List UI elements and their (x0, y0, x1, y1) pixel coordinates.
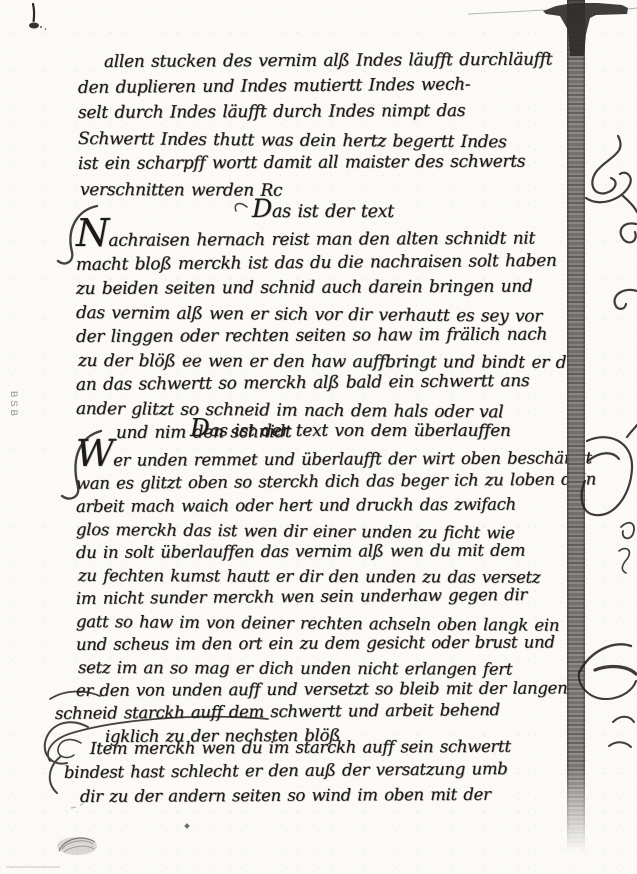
bottom-edge-line (6, 866, 60, 868)
manuscript-line: Nachraisen hernach reist man den alten s… (76, 217, 577, 253)
manuscript-line: zu beiden seiten und schnid auch darein … (76, 274, 577, 301)
item-lower-hook (50, 757, 60, 793)
manuscript-line: dir zu der andern seiten so wind im oben… (80, 783, 511, 809)
manuscript-line: Wer unden remmet und überlaufft der wirt… (76, 438, 596, 472)
manuscript-line: der linggen oder rechten seiten so haw i… (76, 322, 577, 349)
manuscript-line: selt durch Indes läufft durch Indes nimp… (78, 99, 552, 127)
manuscript-line: schneid starckh auff dem schwertt und ar… (55, 697, 596, 725)
paragraph-uberlauffen-gloss: Wer unden remmet und überlaufft der wirt… (76, 441, 596, 748)
manuscript-line: bindest hast schlecht er den auß der ver… (64, 757, 511, 785)
topleft-ink-mark (29, 4, 46, 30)
manuscript-line: macht bloß merckh ist das du die nachrai… (76, 249, 577, 277)
manuscript-scan-page: allen stucken des vernim alß Indes läuff… (0, 0, 637, 874)
manuscript-line: allen stucken des vernim alß Indes läuff… (104, 48, 552, 76)
bottom-smudge (57, 837, 97, 855)
manuscript-line: im nicht sunder merckh wen sein underhaw… (76, 582, 596, 610)
binding-gutter-shadow (567, 0, 585, 852)
manuscript-line: wan es glitzt oben so sterckh dich das b… (76, 467, 596, 495)
specks (6, 804, 190, 868)
manuscript-line: ist ein scharpff wortt damit all maister… (78, 150, 552, 178)
manuscript-line: du in solt überlauffen das vernim alß we… (76, 538, 596, 564)
library-stamp-bsb: BSB (8, 391, 19, 419)
manuscript-line: den duplieren und Indes mutiertt Indes w… (78, 71, 553, 101)
manuscript-line: an das schwertt so merckh alß bald ein s… (76, 369, 577, 397)
paragraph-indes-gloss: allen stucken des vernim alß Indes läuff… (78, 50, 552, 203)
heading-swash (235, 204, 247, 211)
section-heading-uberlauffen: Das ist der text von dem überlauffen (190, 418, 511, 441)
manuscript-line: arbeit mach waich oder hert und druckh d… (76, 492, 596, 518)
paragraph-nachraisen-gloss: Nachraisen hernach reist man den alten s… (76, 220, 577, 445)
paragraph-item-note: Item merckh wen du im starckh auff sein … (64, 737, 511, 809)
manuscript-line: und scheus im den ort ein zu dem gesicht… (76, 630, 596, 656)
